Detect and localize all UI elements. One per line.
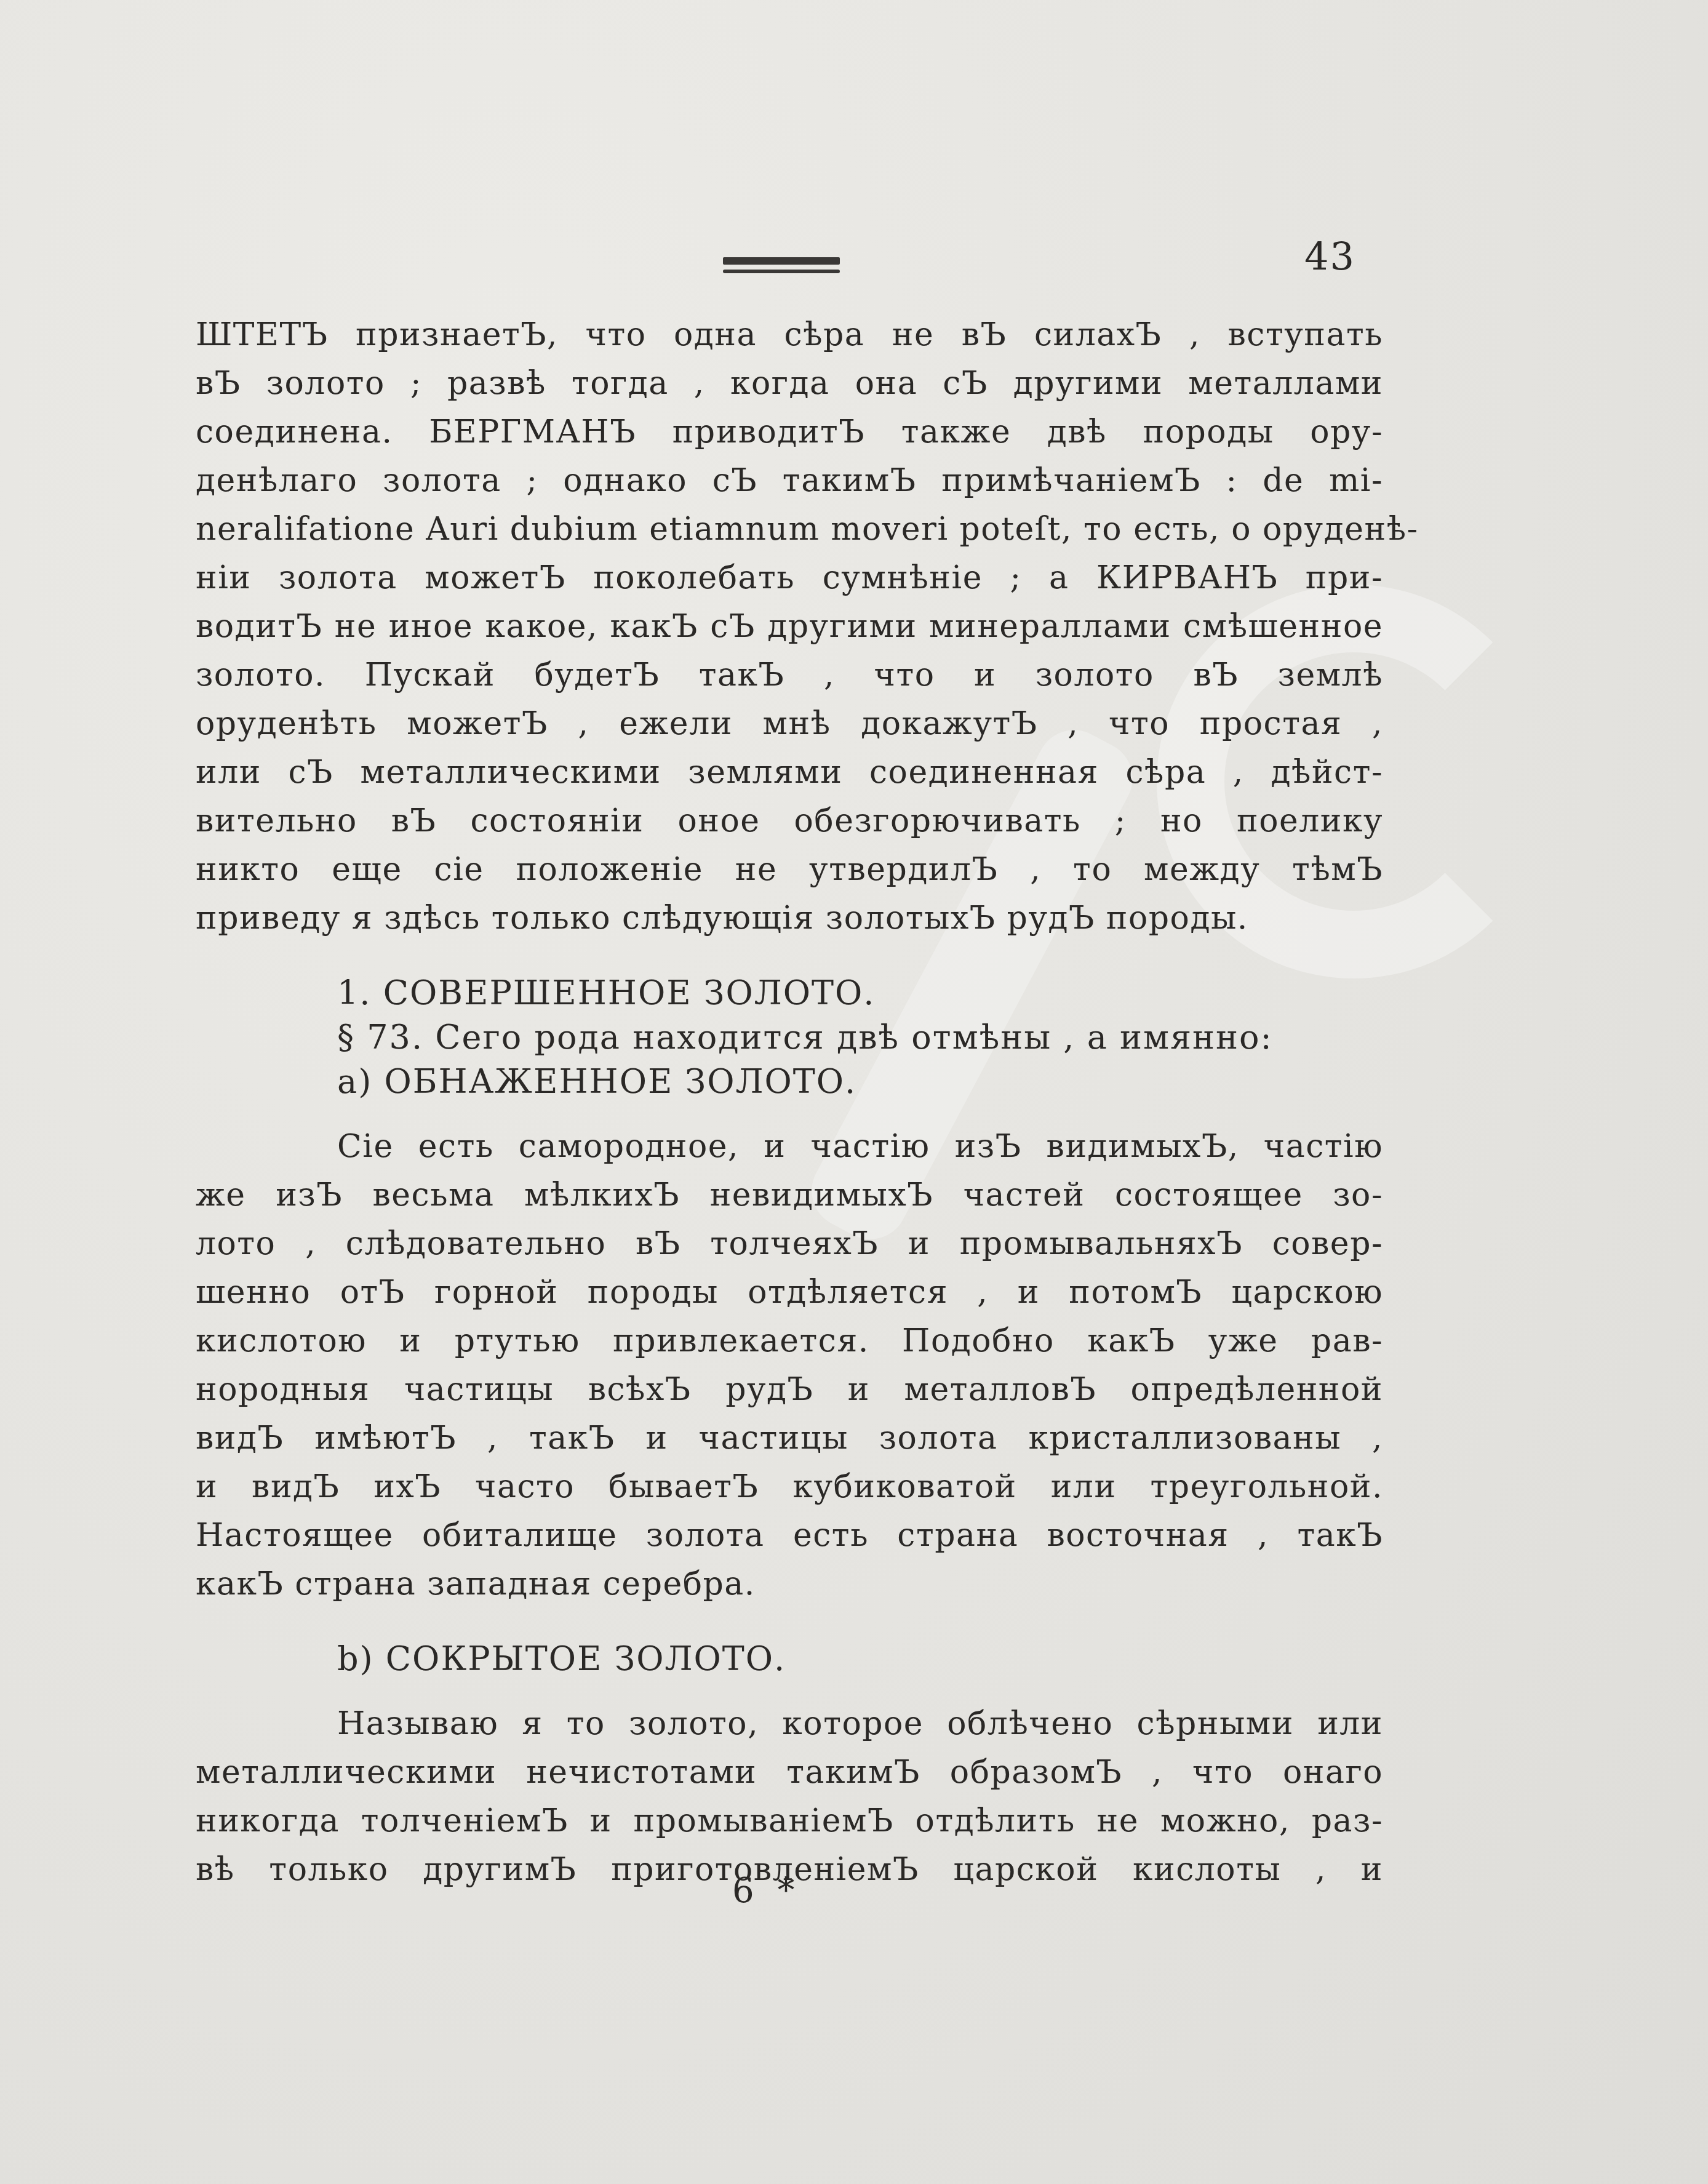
text-line: какЪ страна западная серебра.: [196, 1560, 1383, 1609]
text-line: Сіе есть самородное, и частію изЪ видимы…: [196, 1122, 1383, 1171]
native-gold-paragraph: Сіе есть самородное, и частію изЪ видимы…: [196, 1122, 1383, 1609]
text-line: лото , слѣдовательно вЪ толчеяхЪ и промы…: [196, 1220, 1383, 1268]
text-line: ШТЕТЪ признаетЪ, что одна сѣра не вЪ сил…: [196, 311, 1383, 359]
page-number: 43: [1304, 234, 1355, 279]
text-line: шенно отЪ горной породы отдѣляется , и п…: [196, 1268, 1383, 1317]
text-line: металлическими нечистотами такимЪ образо…: [196, 1748, 1383, 1797]
intro-paragraph: ШТЕТЪ признаетЪ, что одна сѣра не вЪ сил…: [196, 311, 1383, 943]
ornament-bar-bottom: [723, 270, 840, 273]
text-line: neralifatione Auri dubium etiamnum mover…: [196, 505, 1383, 554]
subsection-heading-hidden-gold: b) СОКРЫТОЕ ЗОЛОТО.: [196, 1637, 1383, 1681]
spacer: [196, 1681, 1383, 1700]
text-line: или сЪ металлическими землями соединенна…: [196, 748, 1383, 797]
page-text-block: ШТЕТЪ признаетЪ, что одна сѣра не вЪ сил…: [196, 311, 1383, 1894]
text-line: видЪ имѣютЪ , такЪ и частицы золота крис…: [196, 1414, 1383, 1463]
text-line: соединена. БЕРГМАНЪ приводитЪ также двѣ …: [196, 408, 1383, 457]
text-line: нородныя частицы всѣхЪ рудЪ и металловЪ …: [196, 1366, 1383, 1414]
ornament-bar-top: [723, 257, 840, 265]
spacer: [196, 943, 1383, 971]
text-line: вительно вЪ состояніи оное обезгорючиват…: [196, 797, 1383, 846]
subsection-heading-native-gold: а) ОБНАЖЕННОЕ ЗОЛОТО.: [196, 1060, 1383, 1104]
paragraph-73-intro: § 73. Сего рода находится двѣ отмѣны , а…: [196, 1015, 1383, 1060]
text-line: приведу я здѣсь только слѣдующія золотых…: [196, 894, 1383, 943]
spacer: [196, 1609, 1383, 1637]
text-line: водитЪ не иное какое, какЪ сЪ другими ми…: [196, 602, 1383, 651]
text-line: же изЪ весьма мѣлкихЪ невидимыхЪ частей …: [196, 1171, 1383, 1220]
spacer: [196, 1104, 1383, 1122]
section-heading-perfect-gold: 1. СОВЕРШЕННОЕ ЗОЛОТО.: [196, 971, 1383, 1015]
text-line: золото. Пускай будетЪ такЪ , что и золот…: [196, 651, 1383, 700]
text-line: Называю я то золото, которое облѣчено сѣ…: [196, 1700, 1383, 1748]
header-ornament-rule: [723, 257, 840, 277]
signature-mark: 6 *: [732, 1871, 800, 1911]
text-line: и видЪ ихЪ часто бываетЪ кубиковатой или…: [196, 1463, 1383, 1511]
text-line: ніи золота можетЪ поколебать сумнѣніе ; …: [196, 554, 1383, 602]
text-line: Настоящее обиталище золота есть страна в…: [196, 1511, 1383, 1560]
text-line: никогда толченіемЪ и промываніемЪ отдѣли…: [196, 1797, 1383, 1846]
hidden-gold-paragraph: Называю я то золото, которое облѣчено сѣ…: [196, 1700, 1383, 1894]
text-line: денѣлаго золота ; однако сЪ такимЪ примѣ…: [196, 457, 1383, 505]
text-line: оруденѣть можетЪ , ежели мнѣ докажутЪ , …: [196, 700, 1383, 748]
text-line: никто еще сіе положеніе не утвердилЪ , т…: [196, 846, 1383, 894]
text-line: вЪ золото ; развѣ тогда , когда она сЪ д…: [196, 359, 1383, 408]
text-line: кислотою и ртутью привлекается. Подобно …: [196, 1317, 1383, 1366]
